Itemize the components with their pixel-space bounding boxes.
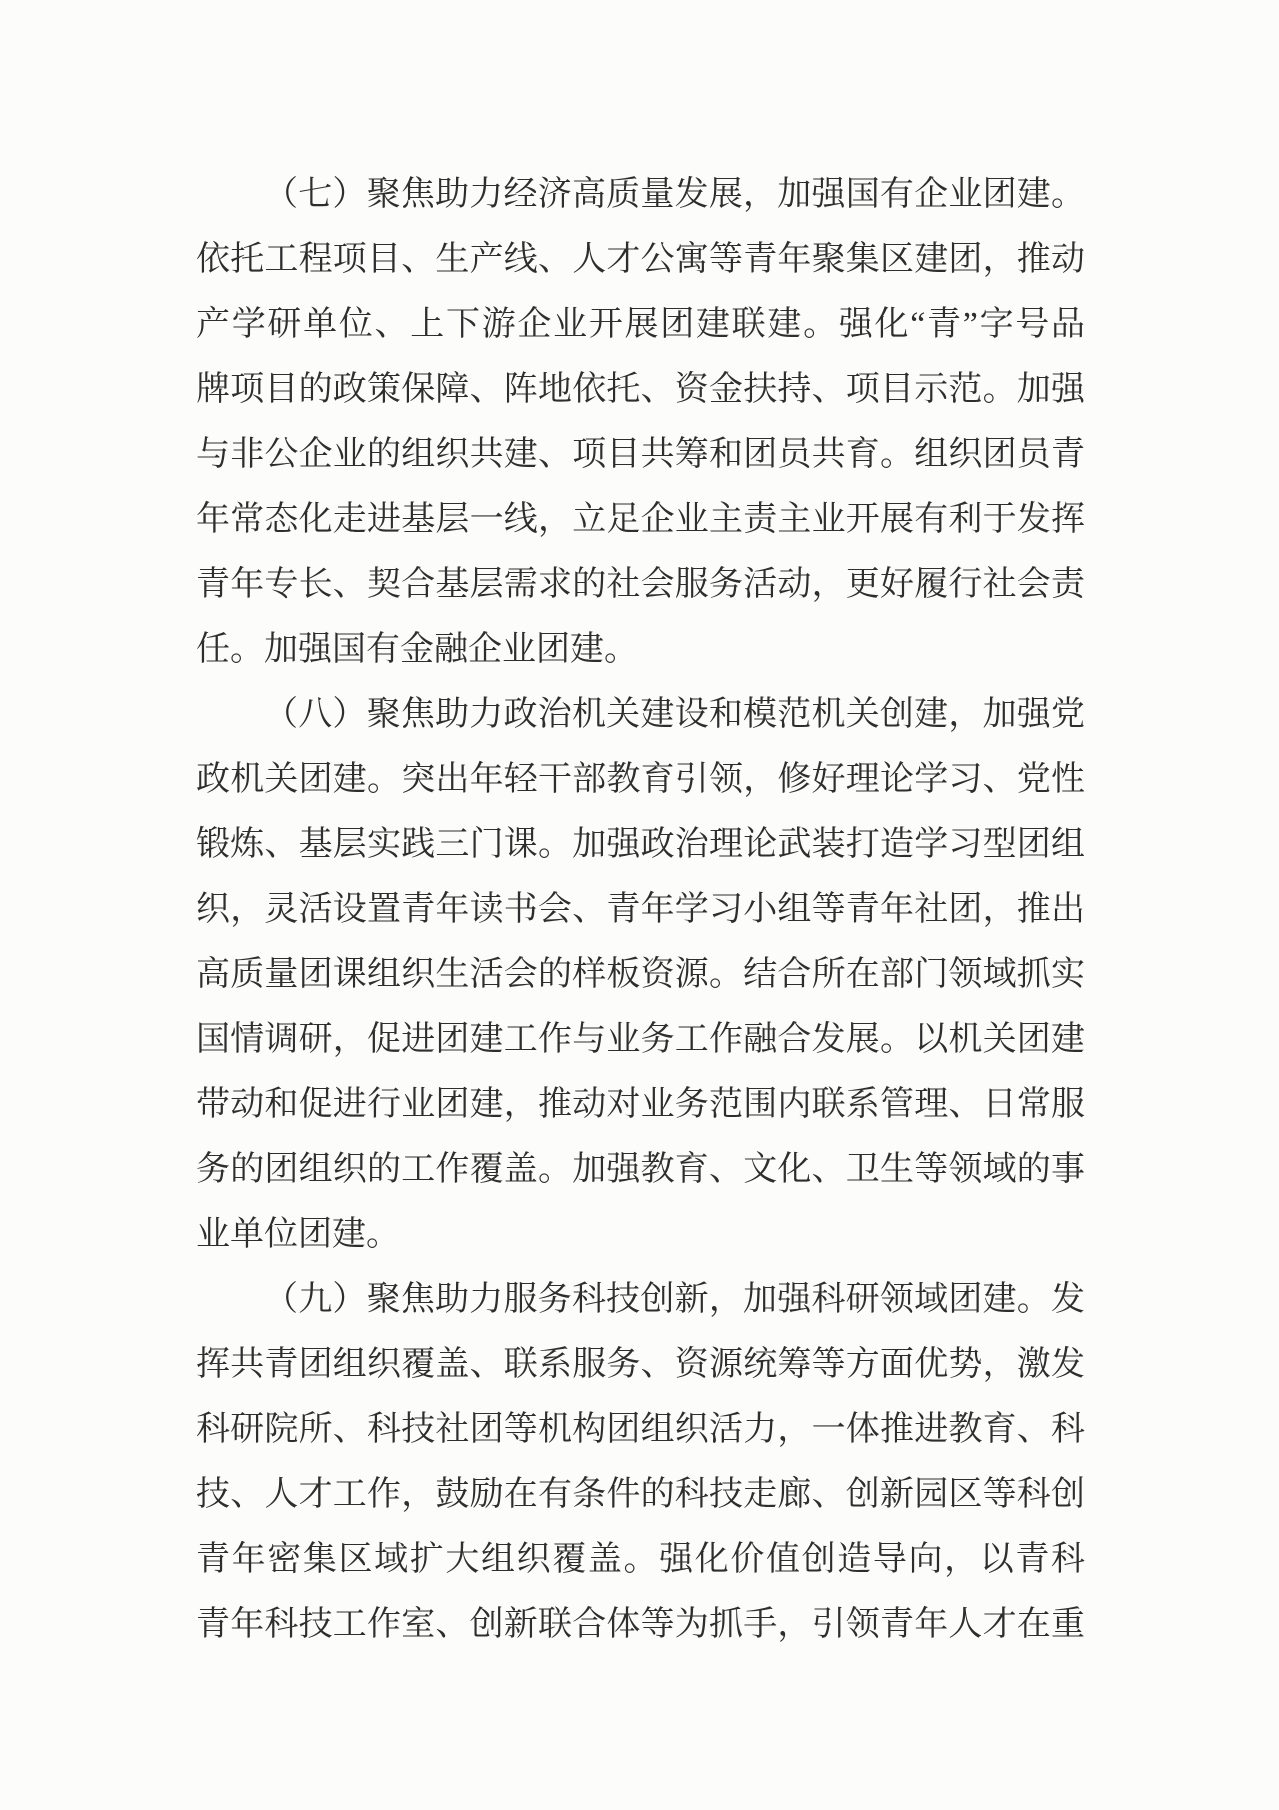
text-line: 挥共青团组织覆盖、联系服务、资源统筹等方面优势，激发 xyxy=(196,1332,1085,1397)
text-line: 科研院所、科技社团等机构团组织活力，一体推进教育、科 xyxy=(196,1397,1085,1462)
text-line: 任。加强国有金融企业团建。 xyxy=(196,617,1085,682)
text-line: （九）聚焦助力服务科技创新，加强科研领域团建。发 xyxy=(196,1267,1085,1332)
text-line: 青年密集区域扩大组织覆盖。强化价值创造导向，以青科协、 xyxy=(196,1527,1085,1592)
text-line: 锻炼、基层实践三门课。加强政治理论武装打造学习型团组 xyxy=(196,812,1085,877)
text-line: 高质量团课组织生活会的样板资源。结合所在部门领域抓实 xyxy=(196,942,1085,1007)
text-line: 务的团组织的工作覆盖。加强教育、文化、卫生等领域的事 xyxy=(196,1137,1085,1202)
document-page: （七）聚焦助力经济高质量发展，加强国有企业团建。依托工程项目、生产线、人才公寓等… xyxy=(0,0,1279,1810)
text-line: 国情调研，促进团建工作与业务工作融合发展。以机关团建 xyxy=(196,1007,1085,1072)
text-line: （七）聚焦助力经济高质量发展，加强国有企业团建。 xyxy=(196,162,1085,227)
text-block: （七）聚焦助力经济高质量发展，加强国有企业团建。依托工程项目、生产线、人才公寓等… xyxy=(196,162,1085,1657)
text-line: 年常态化走进基层一线，立足企业主责主业开展有利于发挥 xyxy=(196,487,1085,552)
text-line: 织，灵活设置青年读书会、青年学习小组等青年社团，推出 xyxy=(196,877,1085,942)
text-line: 业单位团建。 xyxy=(196,1202,1085,1267)
text-line: 技、人才工作，鼓励在有条件的科技走廊、创新园区等科创 xyxy=(196,1462,1085,1527)
text-line: 政机关团建。突出年轻干部教育引领，修好理论学习、党性 xyxy=(196,747,1085,812)
text-line: 与非公企业的组织共建、项目共筹和团员共育。组织团员青 xyxy=(196,422,1085,487)
text-line: 带动和促进行业团建，推动对业务范围内联系管理、日常服 xyxy=(196,1072,1085,1137)
text-line: 牌项目的政策保障、阵地依托、资金扶持、项目示范。加强 xyxy=(196,357,1085,422)
text-line: （八）聚焦助力政治机关建设和模范机关创建，加强党 xyxy=(196,682,1085,747)
text-line: 青年科技工作室、创新联合体等为抓手，引领青年人才在重 xyxy=(196,1592,1085,1657)
text-line: 依托工程项目、生产线、人才公寓等青年聚集区建团，推动 xyxy=(196,227,1085,292)
text-line: 产学研单位、上下游企业开展团建联建。强化“青”字号品 xyxy=(196,292,1085,357)
text-line: 青年专长、契合基层需求的社会服务活动，更好履行社会责 xyxy=(196,552,1085,617)
